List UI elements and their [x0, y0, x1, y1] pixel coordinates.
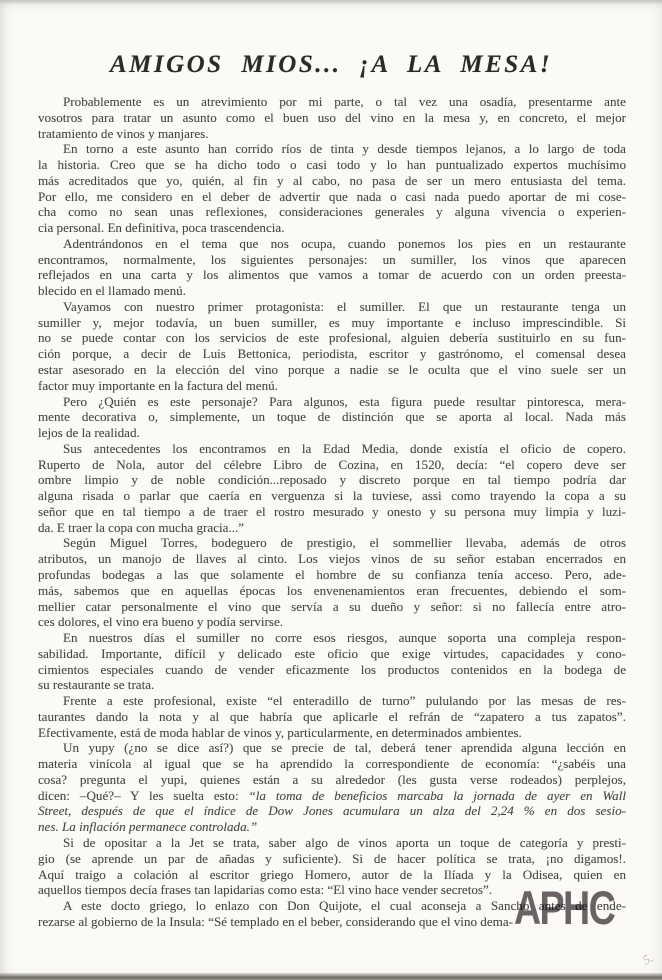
text-run: aquellos tiempos decía frases tan lapida…: [38, 882, 492, 897]
text-run: mente decorativa o, simplemente, un toqu…: [38, 409, 626, 424]
text-line: alguna risada o parlar que caería en ver…: [38, 488, 626, 504]
text-run: ces dolores, el vino era bueno y podía s…: [38, 614, 283, 629]
text-line: Un yupy (¿no se dice así?) que se precie…: [38, 740, 626, 756]
page-title: AMIGOS MIOS... ¡A LA MESA!: [0, 51, 662, 79]
text-line: cosa? pregunta el yupi, quienes están a …: [38, 772, 626, 788]
text-line: la historia. Creo que se ha dicho todo o…: [38, 157, 626, 173]
text-run: profundas bodegas a las que solamente el…: [38, 567, 626, 582]
text-line: no se puede contar con los servicios de …: [38, 330, 626, 346]
text-run: blecido en el llamado menú.: [38, 283, 186, 298]
text-run: factor muy importante en la factura del …: [38, 378, 278, 393]
scanned-page: AMIGOS MIOS... ¡A LA MESA! Probablemente…: [0, 0, 662, 980]
text-run: Sus antecedentes los encontramos en la E…: [63, 441, 626, 456]
text-line: factor muy importante en la factura del …: [38, 378, 626, 394]
text-run: atributos, un manojo de llaves al cinto.…: [38, 551, 626, 566]
text-run: taurantes dando la nota y al que habría …: [38, 709, 626, 724]
text-run: estar asesorado en la elección del vino …: [38, 362, 626, 377]
text-line: Ruperto de Nola, autor del célebre Libro…: [38, 457, 626, 473]
text-line: sabilidad. Importante, difícil y delicad…: [38, 646, 626, 662]
text-run: sabilidad. Importante, difícil y delicad…: [38, 646, 626, 661]
text-line: cimientos especiales cuando de vender ef…: [38, 662, 626, 678]
text-run: Un yupy (¿no se dice así?) que se precie…: [63, 740, 626, 755]
text-run: dicen: –Qué?– Y les suelta esto:: [38, 788, 249, 803]
text-run: alguna risada o parlar que caería en ver…: [38, 488, 626, 503]
paragraph: En torno a este asunto han corrido ríos …: [38, 141, 626, 236]
text-run: ción porque, a decir de Luis Bettonica, …: [38, 346, 626, 361]
text-line: Adentrándonos en el tema que nos ocupa, …: [38, 236, 626, 252]
paragraph: Según Miguel Torres, bodeguero de presti…: [38, 535, 626, 630]
text-line: En nuestros días el sumiller no corre es…: [38, 630, 626, 646]
text-line: profundas bodegas a las que solamente el…: [38, 567, 626, 583]
text-line: vosotros para tratar un asunto como el b…: [38, 110, 626, 126]
text-run: tratamiento de vinos y manjares.: [38, 126, 209, 141]
text-run: cha como no sean unas reflexiones, consi…: [38, 204, 626, 219]
text-run: Pero ¿Quién es este personaje? Para algu…: [63, 394, 626, 409]
text-run: Adentrándonos en el tema que nos ocupa, …: [63, 236, 626, 251]
scan-edge-bottom: [0, 973, 662, 980]
text-line: su restaurante se trata.: [38, 677, 626, 693]
text-run: cimientos especiales cuando de vender ef…: [38, 662, 626, 677]
text-line: Si de opositar a la Jet se trata, saber …: [38, 835, 626, 851]
text-run: Aquí traigo a colación al escritor grieg…: [38, 867, 626, 882]
text-run: más acreditados que yo, quién, al fin y …: [38, 173, 626, 188]
text-run: ombre limpio y de noble condición...repo…: [38, 472, 626, 487]
text-line: ción porque, a decir de Luis Bettonica, …: [38, 346, 626, 362]
text-run: Por ello, me considero en el deber de ad…: [38, 189, 626, 204]
text-run: mellier catar personalmente el vino que …: [38, 599, 626, 614]
text-line: gio (se aprende un par de añadas y sufic…: [38, 851, 626, 867]
text-line: cia personal. En definitiva, poca trasce…: [38, 220, 626, 236]
watermark-stamp: APHC: [514, 884, 614, 931]
text-line: cha como no sean unas reflexiones, consi…: [38, 204, 626, 220]
text-run: sumiller y, mejor todavía, un buen sumil…: [38, 315, 626, 330]
text-line: Pero ¿Quién es este personaje? Para algu…: [38, 394, 626, 410]
text-line: materia vinícola al igual que se ha apre…: [38, 756, 626, 772]
text-run: Efectivamente, está de moda hablar de vi…: [38, 725, 522, 740]
text-line: más acreditados que yo, quién, al fin y …: [38, 173, 626, 189]
text-run: más, sabemos que en aquellas épocas los …: [38, 583, 626, 598]
text-line: Según Miguel Torres, bodeguero de presti…: [38, 535, 626, 551]
italic-quote-run: “la toma de beneficios marcaba la jornad…: [249, 788, 626, 803]
text-line: taurantes dando la nota y al que habría …: [38, 709, 626, 725]
text-run: Si de opositar a la Jet se trata, saber …: [63, 835, 626, 850]
text-run: En torno a este asunto han corrido ríos …: [63, 141, 626, 156]
text-line: ces dolores, el vino era bueno y podía s…: [38, 614, 626, 630]
text-line: tratamiento de vinos y manjares.: [38, 126, 626, 142]
text-line: atributos, un manojo de llaves al cinto.…: [38, 551, 626, 567]
paragraph: Frente a este profesional, existe “el en…: [38, 693, 626, 740]
text-line: Street, después de que el índice de Dow …: [38, 803, 626, 819]
text-line: mente decorativa o, simplemente, un toqu…: [38, 409, 626, 425]
text-line: estar asesorado en la elección del vino …: [38, 362, 626, 378]
text-line: reflejados en una carta y los alimentos …: [38, 267, 626, 283]
text-run: lejos de la realidad.: [38, 425, 140, 440]
italic-quote-run: Street, después de que el índice de Dow …: [38, 803, 626, 818]
text-run: señor que en tal tiempo a de traer el ro…: [38, 504, 626, 519]
text-line: sumiller y, mejor todavía, un buen sumil…: [38, 315, 626, 331]
paragraph: Probablemente es un atrevimiento por mi …: [38, 94, 626, 141]
text-line: nes. La inflación permanece controlada.”: [38, 819, 626, 835]
text-line: ombre limpio y de noble condición...repo…: [38, 472, 626, 488]
text-run: Según Miguel Torres, bodeguero de presti…: [63, 535, 626, 550]
text-line: mellier catar personalmente el vino que …: [38, 599, 626, 615]
article-body: Probablemente es un atrevimiento por mi …: [38, 94, 626, 930]
paragraph: Vayamos con nuestro primer protagonista:…: [38, 299, 626, 394]
paragraph: Pero ¿Quién es este personaje? Para algu…: [38, 394, 626, 441]
text-line: Aquí traigo a colación al escritor grieg…: [38, 867, 626, 883]
italic-quote-run: nes. La inflación permanece controlada.”: [38, 819, 257, 834]
text-run: cosa? pregunta el yupi, quienes están a …: [38, 772, 626, 787]
text-run: da. E traer la copa con mucha gracia...”: [38, 520, 244, 535]
paragraph: Adentrándonos en el tema que nos ocupa, …: [38, 236, 626, 299]
scan-edge-top: [0, 0, 662, 5]
text-run: Probablemente es un atrevimiento por mi …: [63, 94, 626, 109]
paragraph: En nuestros días el sumiller no corre es…: [38, 630, 626, 693]
text-run: gio (se aprende un par de añadas y sufic…: [38, 851, 626, 866]
text-run: En nuestros días el sumiller no corre es…: [63, 630, 626, 645]
text-line: da. E traer la copa con mucha gracia...”: [38, 520, 626, 536]
text-line: señor que en tal tiempo a de traer el ro…: [38, 504, 626, 520]
text-run: vosotros para tratar un asunto como el b…: [38, 110, 626, 125]
text-line: Efectivamente, está de moda hablar de vi…: [38, 725, 626, 741]
text-line: Por ello, me considero en el deber de ad…: [38, 189, 626, 205]
text-run: materia vinícola al igual que se ha apre…: [38, 756, 626, 771]
pencil-mark: 5.: [640, 950, 656, 969]
text-run: Ruperto de Nola, autor del célebre Libro…: [38, 457, 626, 472]
text-run: cia personal. En definitiva, poca trasce…: [38, 220, 285, 235]
text-line: Frente a este profesional, existe “el en…: [38, 693, 626, 709]
text-line: encontramos, normalmente, los siguientes…: [38, 252, 626, 268]
text-run: la historia. Creo que se ha dicho todo o…: [38, 157, 626, 172]
text-line: lejos de la realidad.: [38, 425, 626, 441]
text-line: dicen: –Qué?– Y les suelta esto: “la tom…: [38, 788, 626, 804]
paragraph: Un yupy (¿no se dice así?) que se precie…: [38, 740, 626, 835]
paragraph: Sus antecedentes los encontramos en la E…: [38, 441, 626, 536]
text-line: Probablemente es un atrevimiento por mi …: [38, 94, 626, 110]
text-line: Vayamos con nuestro primer protagonista:…: [38, 299, 626, 315]
text-run: no se puede contar con los servicios de …: [38, 330, 626, 345]
text-run: rezarse al gobierno de la Insula: “Sé te…: [38, 914, 513, 929]
text-run: encontramos, normalmente, los siguientes…: [38, 252, 626, 267]
text-run: Frente a este profesional, existe “el en…: [63, 693, 626, 708]
text-line: más, sabemos que en aquellas épocas los …: [38, 583, 626, 599]
text-run: Vayamos con nuestro primer protagonista:…: [63, 299, 626, 314]
text-run: reflejados en una carta y los alimentos …: [38, 267, 626, 282]
text-line: blecido en el llamado menú.: [38, 283, 626, 299]
text-run: su restaurante se trata.: [38, 677, 154, 692]
text-line: En torno a este asunto han corrido ríos …: [38, 141, 626, 157]
text-line: Sus antecedentes los encontramos en la E…: [38, 441, 626, 457]
